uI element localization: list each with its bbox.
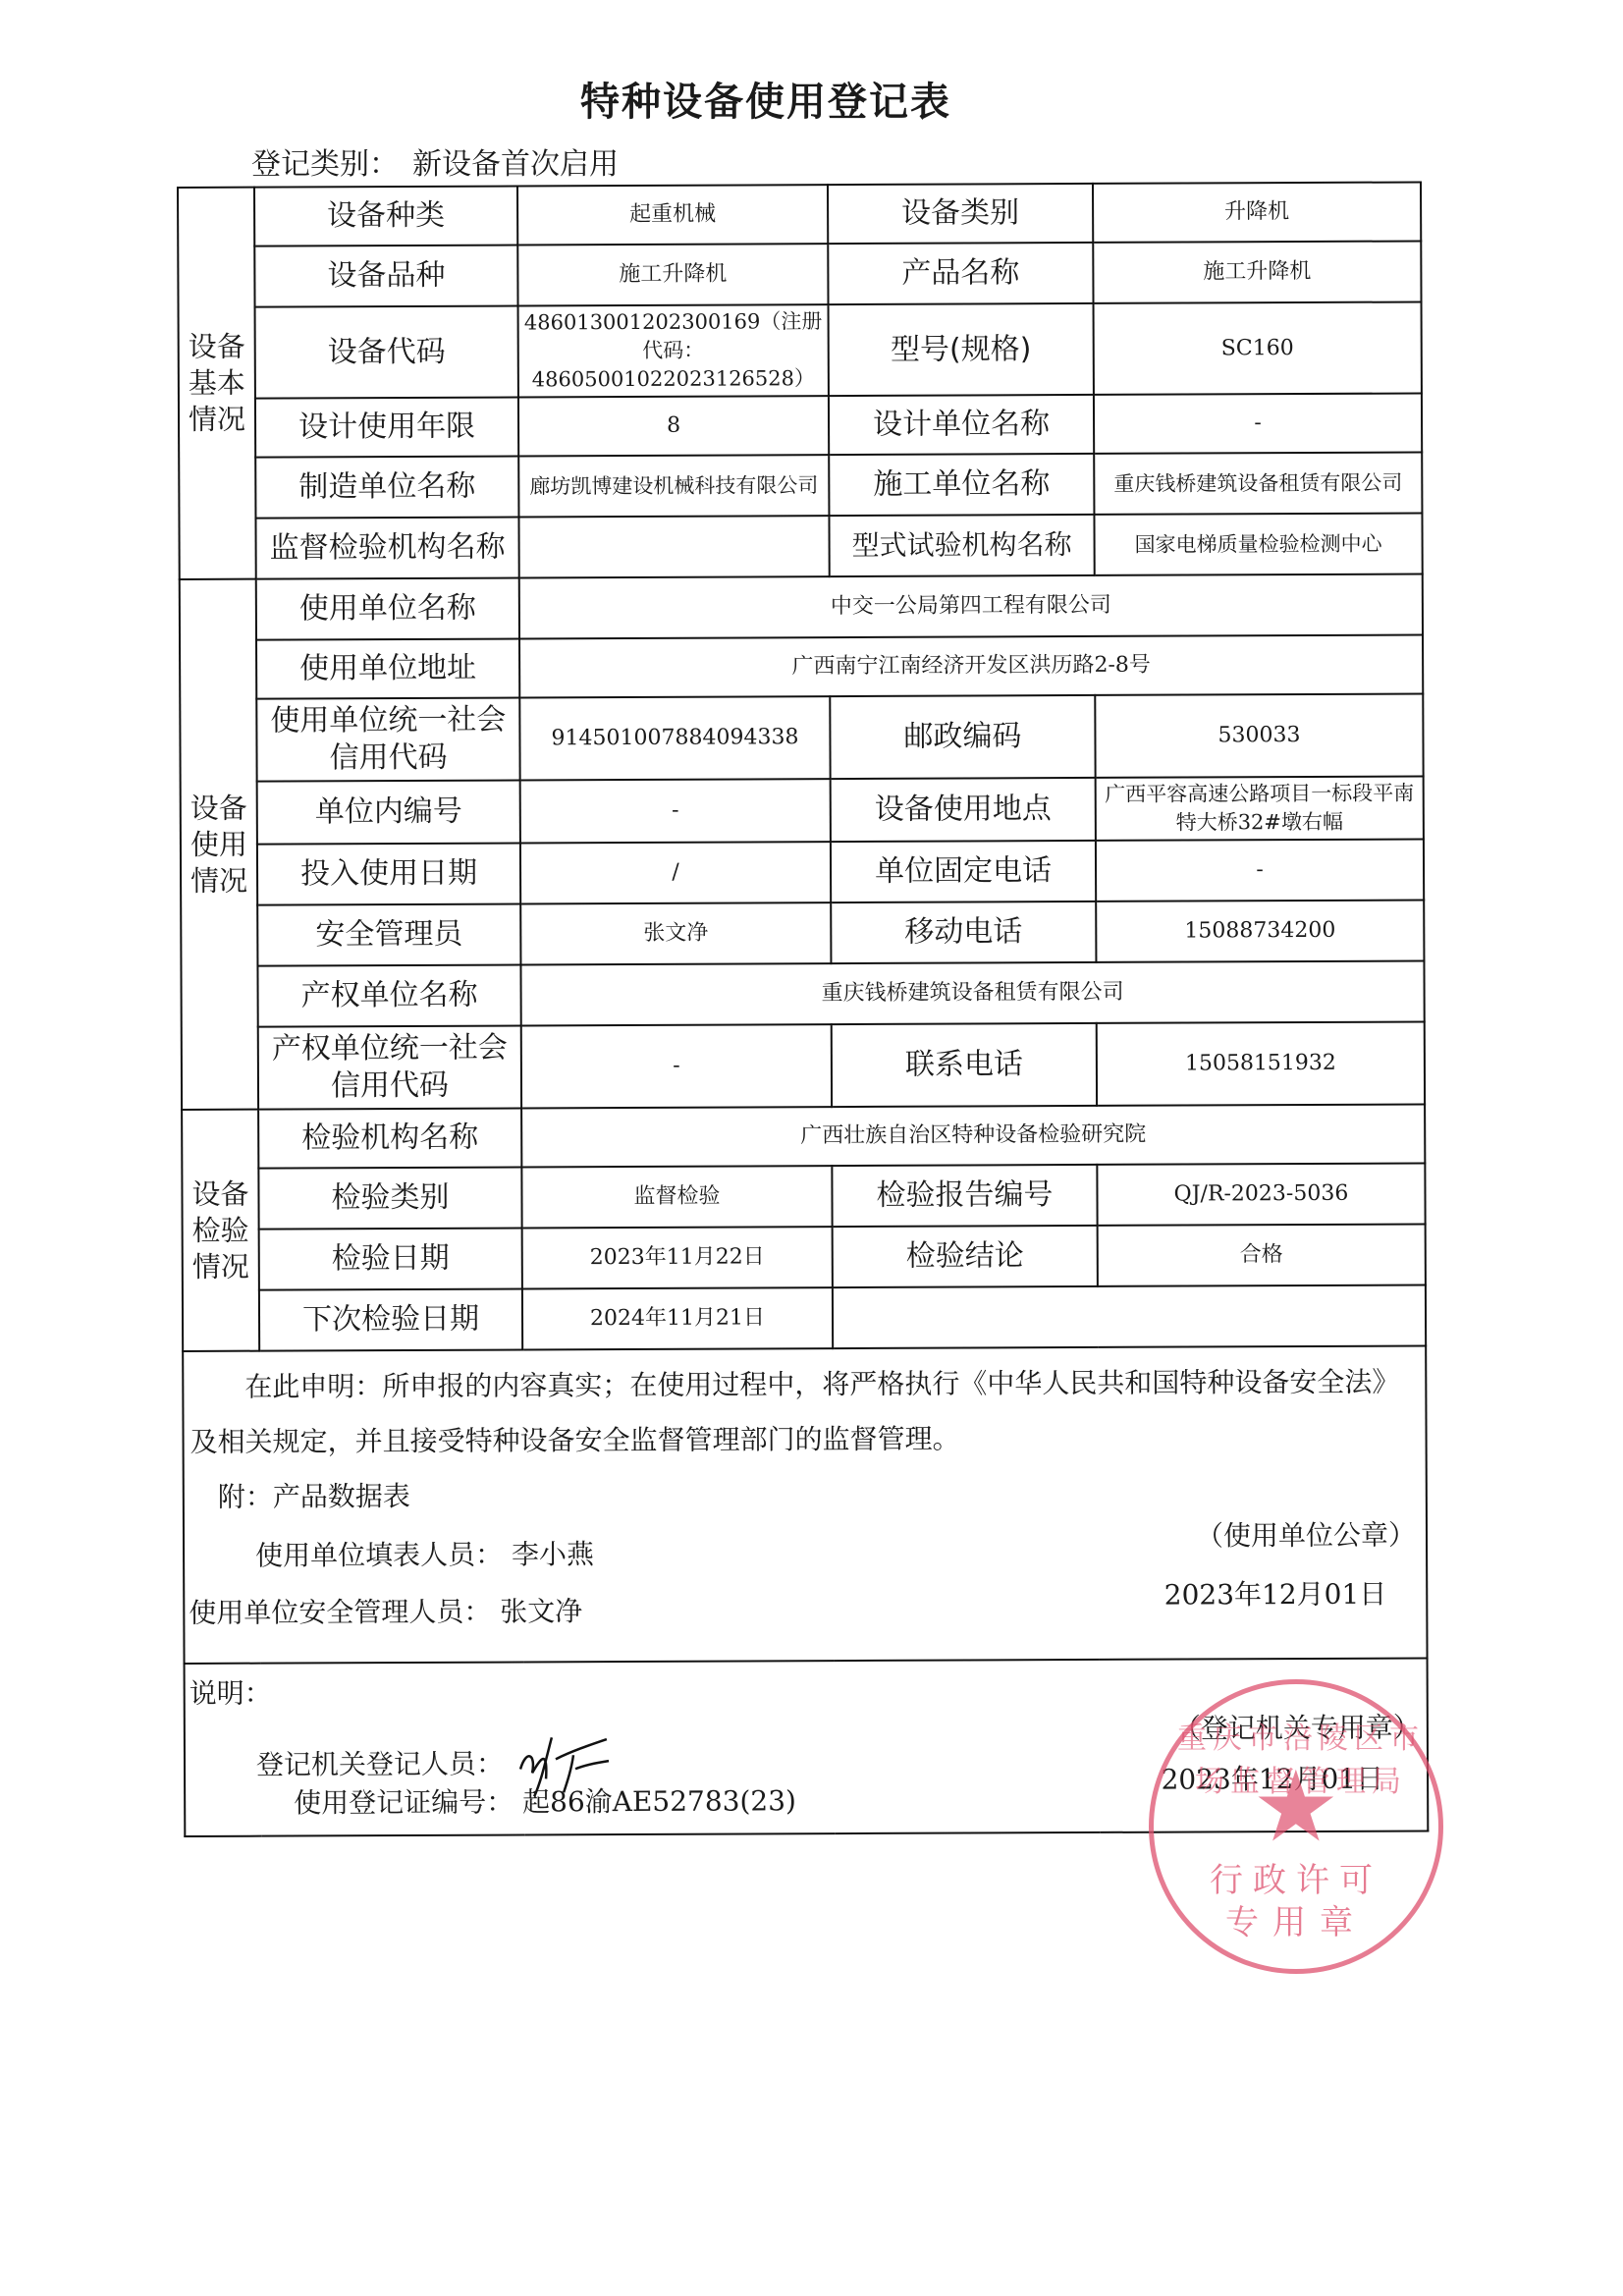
label-conclusion: 检验结论 bbox=[833, 1226, 1098, 1287]
value-owner-credit-code: - bbox=[521, 1024, 832, 1108]
label-user-address: 使用单位地址 bbox=[256, 638, 519, 698]
value-safety-manager: 张文净 bbox=[520, 902, 831, 964]
empty-cell bbox=[833, 1285, 1426, 1348]
value-type-test-org: 国家电梯质量检验检测中心 bbox=[1094, 513, 1422, 574]
declaration-block: 在此申明：所申报的内容真实；在使用过程中，将严格执行《中华人民共和国特种设备安全… bbox=[183, 1345, 1427, 1664]
label-design-life: 设计使用年限 bbox=[255, 397, 518, 457]
label-safety-manager: 安全管理员 bbox=[257, 903, 520, 965]
note-label: 说明： bbox=[189, 1672, 272, 1712]
label-manufacturer: 制造单位名称 bbox=[255, 456, 518, 518]
value-next-inspection-date: 2024年11月21日 bbox=[522, 1287, 833, 1349]
value-user-address: 广西南宁江南经济开发区洪历路2-8号 bbox=[519, 634, 1423, 697]
filler-name: 李小燕 bbox=[512, 1538, 594, 1570]
section-label-line: 情况 bbox=[184, 402, 250, 438]
label-type-test-org: 型式试验机构名称 bbox=[829, 515, 1094, 576]
annex-label: 附：产品数据表 bbox=[218, 1470, 1420, 1514]
registration-form-table: 设备 基本 情况 设备种类 起重机械 设备类别 升降机 设备品种 施工升降机 产… bbox=[177, 181, 1429, 1837]
section-label-line: 基本 bbox=[184, 365, 250, 402]
cert-no-row: 使用登记证编号： 起86渝AE52783(23) bbox=[294, 1779, 796, 1821]
value-supervision-org bbox=[518, 516, 829, 577]
declaration-text: 在此申明：所申报的内容真实；在使用过程中，将严格执行《中华人民共和国特种设备安全… bbox=[189, 1354, 1419, 1469]
value-construction-unit: 重庆钱桥建筑设备租赁有限公司 bbox=[1094, 452, 1422, 514]
filler-row: 使用单位填表人员： 李小燕 bbox=[255, 1533, 594, 1574]
safety-manager-name: 张文净 bbox=[500, 1595, 582, 1627]
registrar-label: 登记机关登记人员： bbox=[256, 1748, 504, 1781]
value-location: 广西平容高速公路项目一标段平南特大桥32#墩右幅 bbox=[1096, 776, 1424, 840]
label-user-name: 使用单位名称 bbox=[256, 577, 519, 639]
section-usage-info: 设备 使用 情况 bbox=[180, 579, 258, 1110]
value-device-type: 起重机械 bbox=[517, 185, 828, 245]
filler-label: 使用单位填表人员： bbox=[255, 1539, 503, 1572]
section-label-line: 检验 bbox=[188, 1212, 254, 1248]
value-device-code: 48601300120230016​9（注册 代码： 4860500102202… bbox=[518, 304, 829, 397]
label-product-name: 产品名称 bbox=[828, 243, 1093, 304]
label-report-no: 检验报告编号 bbox=[832, 1165, 1097, 1227]
label-start-date: 投入使用日期 bbox=[257, 843, 520, 904]
registrar-seal-label: （登记机关专用章） bbox=[1173, 1706, 1421, 1746]
label-credit-code: 使用单位统一社会信用代码 bbox=[256, 697, 519, 781]
value-owner-name: 重庆钱桥建筑设备租赁有限公司 bbox=[520, 960, 1424, 1025]
note-date: 2023年12月01日 bbox=[1161, 1758, 1383, 1798]
declaration-date: 2023年12月01日 bbox=[1164, 1573, 1387, 1613]
label-internal-no: 单位内编号 bbox=[257, 780, 520, 844]
label-location: 设备使用地点 bbox=[831, 778, 1096, 842]
value-inspection-date: 2023年11月22日 bbox=[522, 1227, 833, 1288]
label-device-category: 设备类别 bbox=[828, 184, 1093, 244]
value-postcode: 530033 bbox=[1095, 693, 1423, 777]
section-label-line: 设备 bbox=[186, 790, 252, 826]
value-design-unit: - bbox=[1094, 393, 1422, 453]
value-credit-code: 914501007884094338 bbox=[519, 696, 830, 780]
value-model: SC160 bbox=[1094, 301, 1422, 394]
label-inspection-date: 检验日期 bbox=[259, 1228, 522, 1289]
label-owner-name: 产权单位名称 bbox=[257, 964, 520, 1026]
cert-no-value: 起86渝AE52783(23) bbox=[522, 1784, 796, 1818]
label-postcode: 邮政编码 bbox=[830, 695, 1095, 779]
section-inspection-info: 设备 检验 情况 bbox=[182, 1110, 259, 1351]
registration-type: 登记类别：新设备首次启用 bbox=[251, 139, 632, 183]
label-device-code: 设备代码 bbox=[255, 305, 518, 398]
label-next-inspection-date: 下次检验日期 bbox=[259, 1288, 522, 1350]
value-conclusion: 合格 bbox=[1098, 1224, 1426, 1285]
label-contact-phone: 联系电话 bbox=[832, 1023, 1097, 1107]
section-label-line: 设备 bbox=[184, 329, 250, 365]
section-label-line: 使用 bbox=[186, 826, 252, 862]
value-device-variety: 施工升降机 bbox=[517, 244, 828, 305]
value-fixed-phone: - bbox=[1096, 839, 1424, 901]
registrar-signature bbox=[513, 1742, 621, 1781]
value-inspection-type: 监督检验 bbox=[521, 1166, 832, 1228]
label-construction-unit: 施工单位名称 bbox=[829, 454, 1094, 516]
label-model: 型号(规格) bbox=[829, 303, 1094, 396]
value-design-life: 8 bbox=[518, 396, 829, 456]
value-user-name: 中交一公局第四工程有限公司 bbox=[519, 574, 1423, 638]
safety-manager-row: 使用单位安全管理人员： 张文净 bbox=[189, 1590, 582, 1631]
section-label-line: 情况 bbox=[186, 862, 252, 899]
safety-manager-label: 使用单位安全管理人员： bbox=[189, 1596, 491, 1629]
value-device-category: 升降机 bbox=[1093, 182, 1421, 242]
value-report-no: QJ/R-2023-5036 bbox=[1097, 1163, 1425, 1225]
value-contact-phone: 15058151932 bbox=[1097, 1021, 1425, 1105]
section-basic-info: 设备 基本 情况 bbox=[178, 188, 256, 579]
value-inspection-org: 广西壮族自治区特种设备检验研究院 bbox=[521, 1104, 1425, 1167]
label-inspection-org: 检验机构名称 bbox=[258, 1108, 521, 1168]
label-inspection-type: 检验类别 bbox=[258, 1167, 521, 1229]
seal-line-1: 行政许可 bbox=[1154, 1853, 1438, 1901]
value-start-date: / bbox=[520, 842, 831, 903]
value-manufacturer: 廊坊凯博建设机械科技有限公司 bbox=[518, 455, 829, 517]
document-title: 特种设备使用登记表 bbox=[0, 71, 1532, 127]
seal-line-2: 专用章 bbox=[1154, 1895, 1438, 1943]
label-design-unit: 设计单位名称 bbox=[829, 395, 1094, 455]
section-label-line: 情况 bbox=[188, 1248, 254, 1285]
value-product-name: 施工升降机 bbox=[1093, 241, 1421, 302]
label-device-type: 设备种类 bbox=[254, 186, 517, 246]
label-supervision-org: 监督检验机构名称 bbox=[255, 517, 518, 578]
label-fixed-phone: 单位固定电话 bbox=[831, 841, 1096, 902]
note-block: 说明： 登记机关登记人员： 使用登记证编号： 起86渝AE52783(23) （… bbox=[185, 1658, 1429, 1836]
label-owner-credit-code: 产权单位统一社会信用代码 bbox=[258, 1025, 521, 1109]
section-label-line: 设备 bbox=[187, 1175, 253, 1212]
cert-no-label: 使用登记证编号： bbox=[294, 1786, 514, 1820]
value-internal-no: - bbox=[520, 779, 831, 843]
registration-type-label: 登记类别： bbox=[251, 147, 399, 182]
device-code-line: 48605001022023126528） bbox=[523, 364, 824, 394]
device-code-line: 代码： bbox=[523, 336, 824, 365]
user-seal-label: （使用单位公章） bbox=[1196, 1514, 1416, 1555]
value-mobile: 15088734200 bbox=[1096, 900, 1424, 961]
label-device-variety: 设备品种 bbox=[254, 245, 517, 306]
registration-type-value: 新设备首次启用 bbox=[412, 147, 619, 182]
device-code-line: 48601300120230016​9（注册 bbox=[523, 307, 824, 337]
label-mobile: 移动电话 bbox=[831, 902, 1096, 963]
